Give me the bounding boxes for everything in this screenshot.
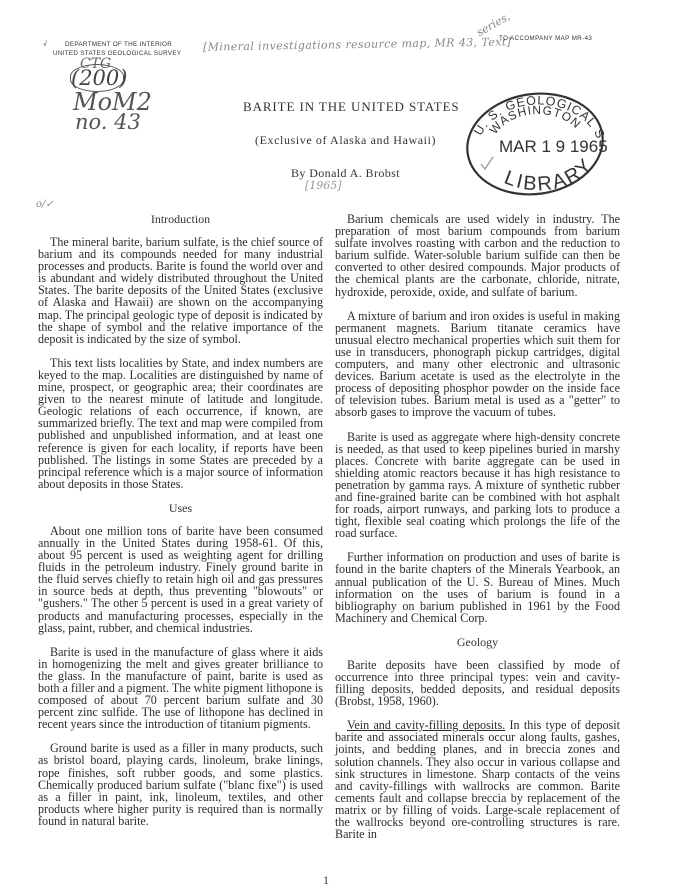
survey-name: UNITED STATES GEOLOGICAL SURVEY bbox=[47, 49, 181, 58]
document-subtitle: (Exclusive of Alaska and Hawaii) bbox=[255, 133, 436, 148]
right-column: Barium chemicals are used widely in indu… bbox=[335, 213, 620, 852]
handwritten-series-note: [Mineral investigations resource map, MR… bbox=[203, 35, 511, 53]
call-number-no: no. 43 bbox=[75, 110, 141, 134]
intro-paragraph-2: This text lists localities by State, and… bbox=[38, 357, 323, 490]
handwritten-date: [1965] bbox=[305, 179, 342, 192]
library-stamp-graphic: U. S. GEOLOGICAL SURVEY WASHINGTON MAR 1… bbox=[463, 86, 608, 198]
header-department: √ DEPARTMENT OF THE INTERIOR UNITED STAT… bbox=[47, 40, 181, 58]
svg-text:LIBRARY: LIBRARY bbox=[501, 154, 598, 196]
vein-deposits-text: In this type of deposit barite and assoc… bbox=[335, 718, 620, 841]
further-info-paragraph: Further information on production and us… bbox=[335, 551, 620, 624]
uses-paragraph-1: About one million tons of barite have be… bbox=[38, 525, 323, 634]
svg-text:MAR 1 9 1965: MAR 1 9 1965 bbox=[499, 137, 608, 156]
left-column: Introduction The mineral barite, barium … bbox=[38, 213, 323, 839]
uses-paragraph-2: Barite is used in the manufacture of gla… bbox=[38, 646, 323, 731]
library-stamp: U. S. GEOLOGICAL SURVEY WASHINGTON MAR 1… bbox=[463, 86, 608, 198]
accompany-map-label: TO ACCOMPANY MAP MR-43 bbox=[499, 35, 592, 42]
intro-paragraph-1: The mineral barite, barium sulfate, is t… bbox=[38, 236, 323, 345]
geology-paragraph-2: Vein and cavity-filling deposits. In thi… bbox=[335, 719, 620, 840]
page-number: 1 bbox=[323, 873, 329, 888]
check-mark: √ bbox=[43, 40, 47, 49]
margin-mark: o/✓ bbox=[36, 199, 54, 210]
heading-introduction: Introduction bbox=[38, 213, 323, 226]
uses-paragraph-3: Ground barite is used as a filler in man… bbox=[38, 742, 323, 827]
aggregate-paragraph: Barite is used as aggregate where high-d… bbox=[335, 431, 620, 540]
heading-geology: Geology bbox=[335, 636, 620, 649]
department-name: DEPARTMENT OF THE INTERIOR bbox=[47, 40, 181, 49]
heading-uses: Uses bbox=[38, 502, 323, 515]
document-title: BARITE IN THE UNITED STATES bbox=[243, 99, 460, 115]
magnets-paragraph: A mixture of barium and iron oxides is u… bbox=[335, 310, 620, 419]
chemicals-paragraph: Barium chemicals are used widely in indu… bbox=[335, 213, 620, 298]
geology-paragraph-1: Barite deposits have been classified by … bbox=[335, 659, 620, 707]
